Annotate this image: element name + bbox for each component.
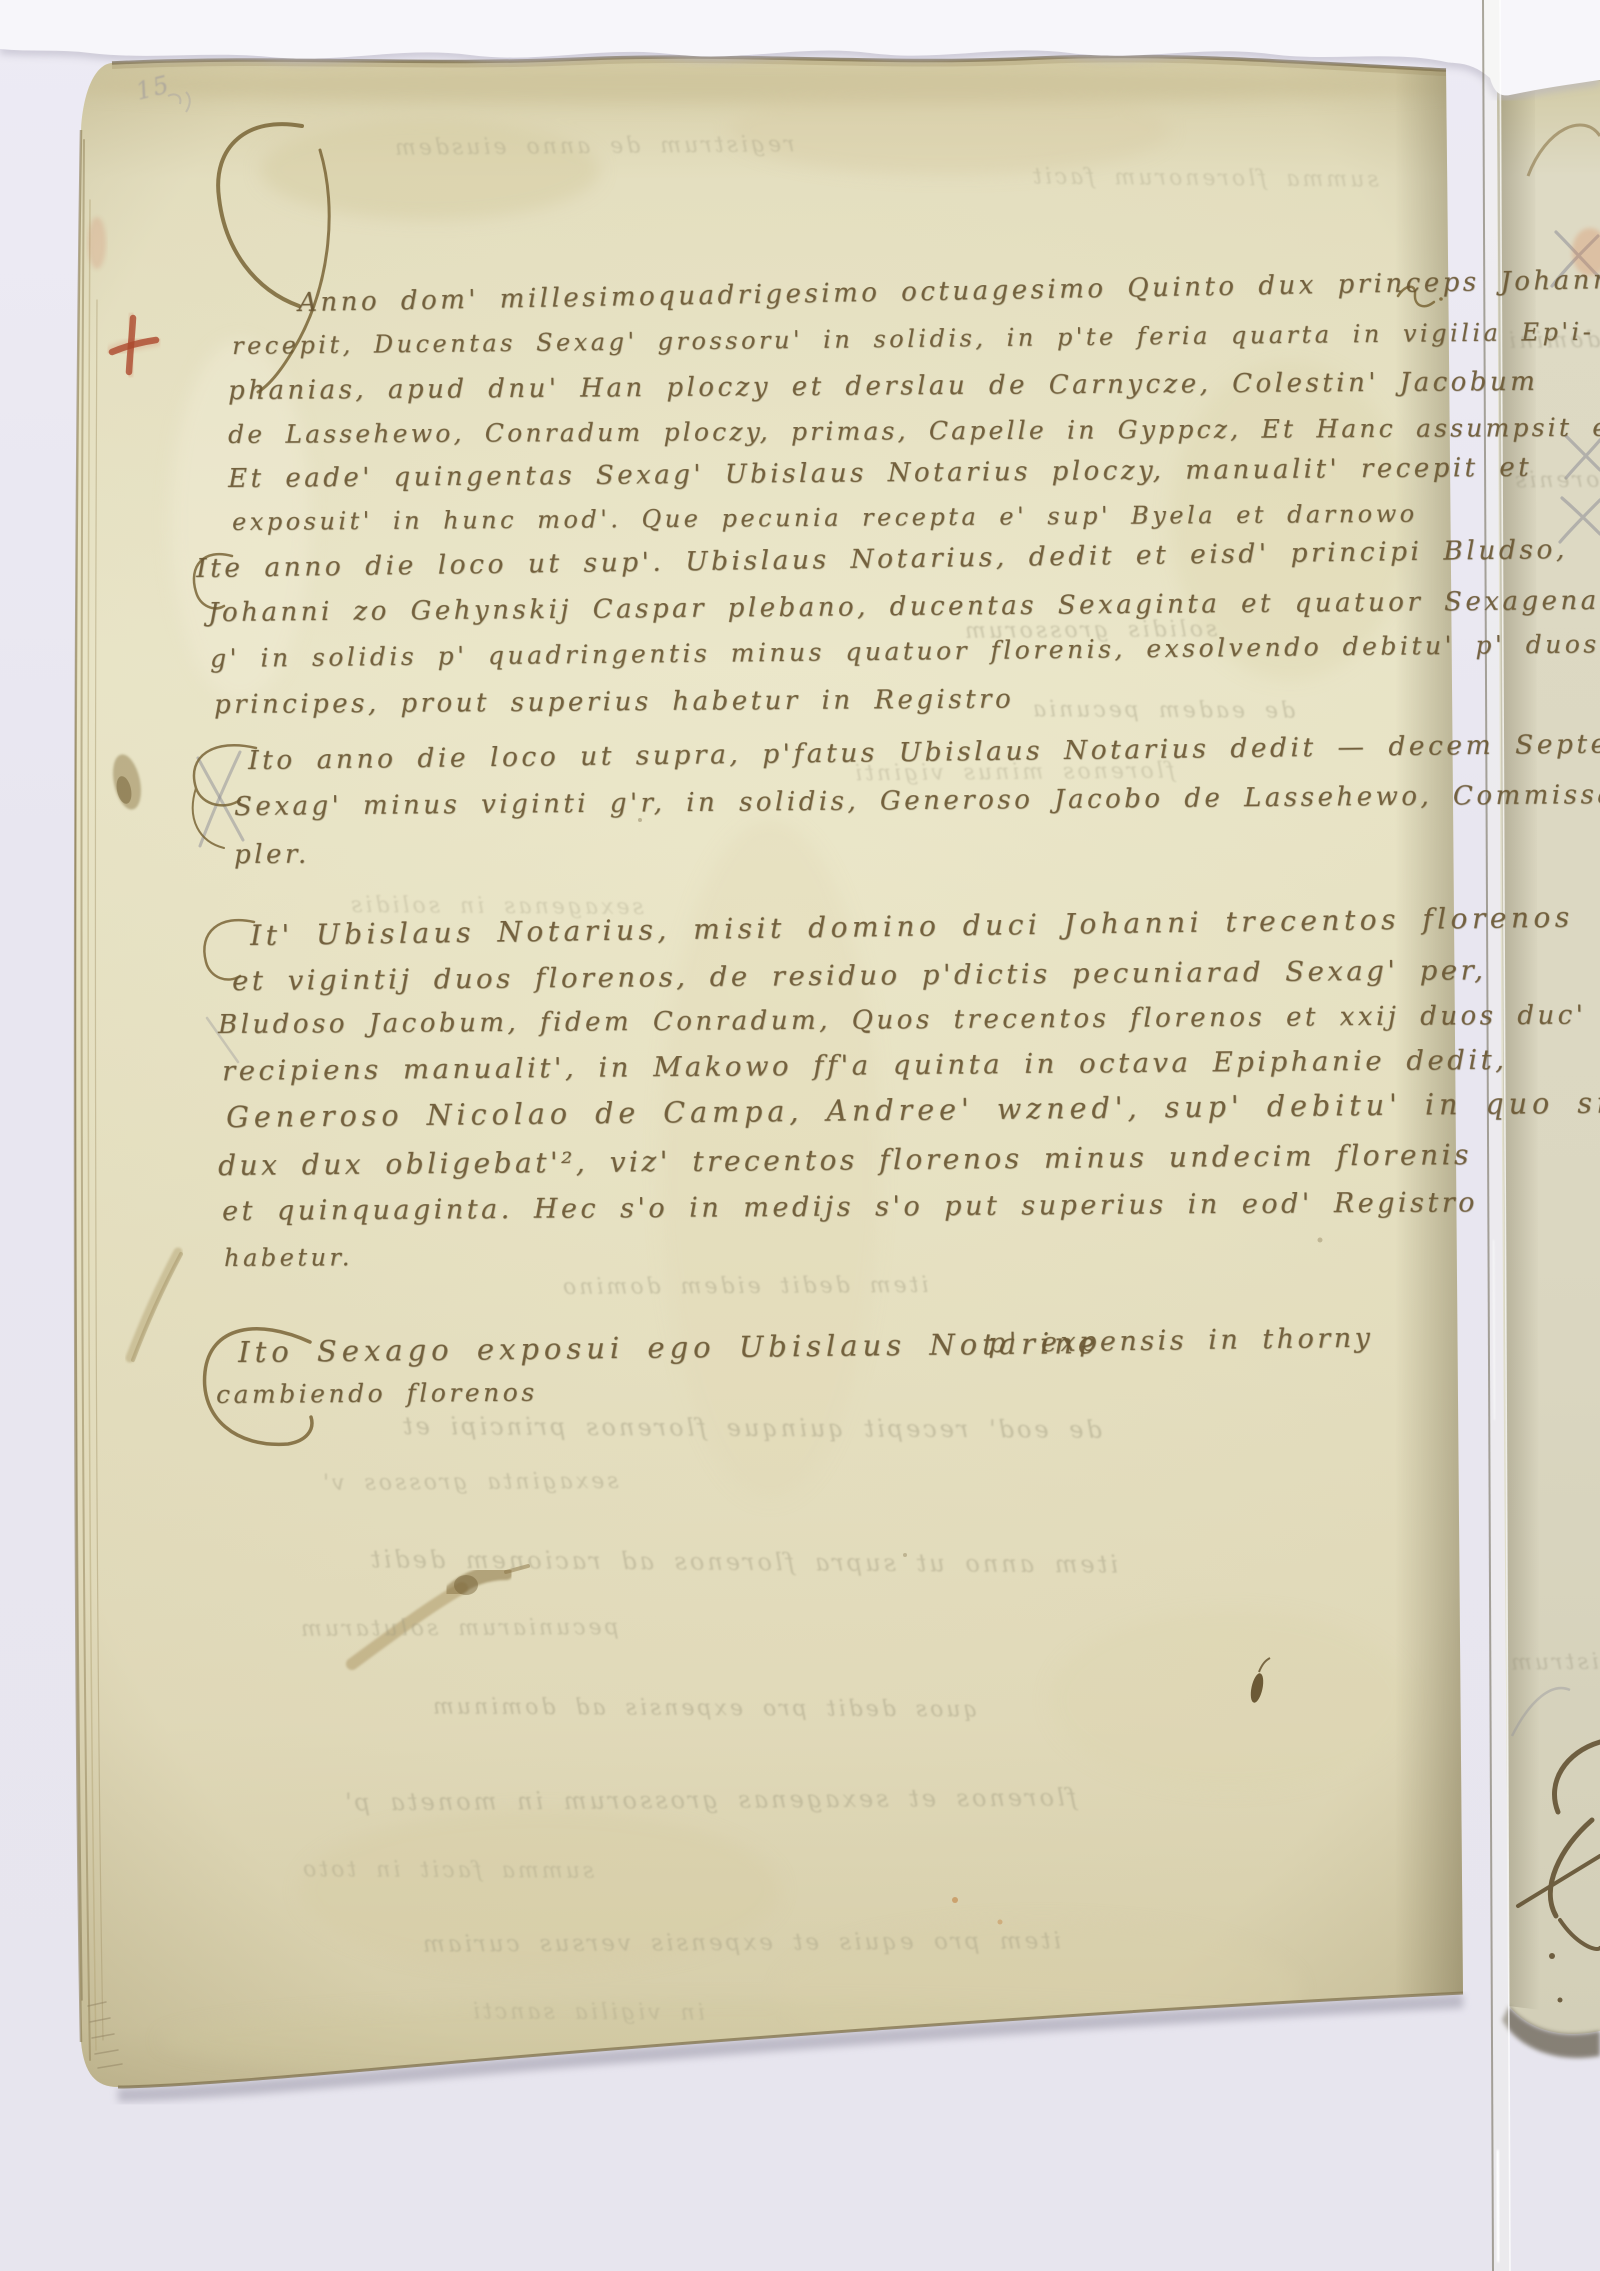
ink-text-line: It' Ubislaus Notarius, misit domino duci… [250,904,1574,950]
ink-text-line: p' expensis in thorny [988,1325,1374,1357]
ink-text-line: Ito anno die loco ut supra, p'fatus Ubis… [248,731,1600,775]
folio-number-pencil: 15 [133,70,173,106]
ink-text-line: cambiendo florenos [216,1380,538,1407]
text-layer: 15 Anno dom' millesimoquadrigesimo octua… [0,0,1600,2271]
ink-text-line: pler. [234,842,310,868]
ink-text-line: Generoso Nicolao de Campa, Andree' wzned… [226,1089,1600,1132]
ink-text-line: Et eade' quingentas Sexag' Ubislaus Nota… [228,455,1532,492]
ink-text-line: principes, prout superius habetur in Reg… [214,686,1014,718]
ink-text-line: g' in solidis p' quadringentis minus qua… [210,631,1600,671]
ink-text-line: dux dux obligebat'², viz' trecentos flor… [218,1141,1472,1180]
ink-text-line: Ito Sexago exposui ego Ubislaus Notarine [238,1329,1100,1367]
ink-text-line: Bludoso Jacobum, fidem Conradum, Quos tr… [218,1002,1600,1038]
ink-text-line: et vigintij duos florenos, de residuo p'… [232,957,1487,995]
ink-text-line: recepit, Ducentas Sexag' grossoru' in so… [232,320,1594,358]
ink-text-line: phanias, apud dnu' Han ploczy et derslau… [228,369,1538,404]
ink-text-line: et quinquaginta. Hec s'o in medijs s'o p… [222,1189,1478,1225]
ink-text-line: Ite anno die loco ut sup'. Ubislaus Nota… [196,537,1568,583]
ink-text-line: Johanni zo Gehynskij Caspar plebano, duc… [208,588,1600,626]
ink-text-line: Anno dom' millesimoquadrigesimo octuages… [298,266,1600,316]
ink-text-line: Sexag' minus viginti g'r, in solidis, Ge… [234,781,1600,820]
ink-text-line: recipiens manualit', in Makowo ff'a quin… [222,1047,1508,1086]
ink-text-line: exposuit' in hunc mod'. Que pecunia rece… [232,502,1418,534]
manuscript-scan: registrum de anno eiusdem summa florenor… [0,0,1600,2271]
ink-text-line: de Lassehewo, Conradum ploczy, primas, C… [228,415,1600,447]
ink-text-line: habetur. [224,1245,353,1270]
